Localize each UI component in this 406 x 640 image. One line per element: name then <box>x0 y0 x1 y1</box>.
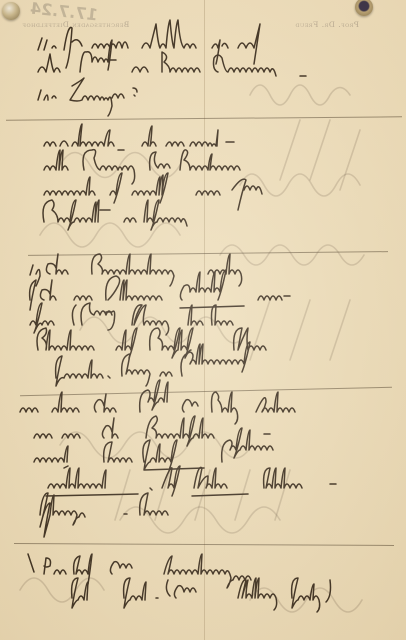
section-p19-l10: pflanzen u. Thiere <box>30 500 394 520</box>
section-p19-l6: zu dieser dem Apfel der baby. Mythus <box>30 397 394 417</box>
text-line: vorworte ich wirklich von Ihnen <box>30 180 312 200</box>
section-p19-l4: Christentum auch teuflisch Thier <box>30 335 394 355</box>
section-p19-l7: war nur der Granatapfel ge- <box>30 423 394 443</box>
text-line: unbekannt. Vgl. Hahn Kultur- <box>30 473 290 493</box>
margin-ref: p.19 <box>30 260 69 280</box>
section-p11: p.11. Ja manche Darstellungen ich auch <box>30 32 394 52</box>
text-line: ist die im Altertum göttlich ver- <box>30 285 309 305</box>
text-line: fasst sind. (Das Miteinander fähig) <box>30 583 336 603</box>
margin-ref: p.11. <box>30 32 74 52</box>
section-p11-line2: die Briefe an Kronos Kulmanning. <box>30 57 394 77</box>
text-line: die dringliche als eine wert- <box>30 130 278 150</box>
manuscript-page: 17.7.24 Berchtesgaden Dietfeldhof Prof. … <box>0 0 406 640</box>
text-line: volle Ergänzung der Lexikon- <box>30 155 290 175</box>
section-p29: p.29 durch die Erinnerungen er- <box>30 558 394 578</box>
section-body-1: die dringliche als eine wert- <box>30 130 394 150</box>
text-line: zu dieser dem Apfel der baby. Mythus <box>30 397 363 417</box>
section-p19-l8: meint. Dieser heutige Apfel damals <box>30 447 394 467</box>
section-p12: p.12 Zweigen? <box>30 85 394 105</box>
margin-ref: p.29 <box>30 558 69 578</box>
text-line: Ja manche Darstellungen ich auch <box>79 32 381 52</box>
text-line: durch die Erinnerungen er- <box>74 558 316 578</box>
section-body-3: vorworte ich wirklich von Ihnen <box>30 180 394 200</box>
section-p19: p.19 Der Lebensdrang analog <box>30 260 394 280</box>
section-p19-l9: unbekannt. Vgl. Hahn Kultur- <box>30 473 394 493</box>
text-line: geworden. Ganz ein Parallelvorgang <box>30 361 351 381</box>
section-p19-l2: ist die im Altertum göttlich ver- <box>30 285 394 305</box>
text-line: meint. Dieser heutige Apfel damals <box>30 447 341 467</box>
text-line: pflanzen u. Thiere <box>30 500 190 520</box>
section-p19-l3: ehrte (Feuer-) Schlange bei dem <box>30 310 394 330</box>
text-line: ehrte (Feuer-) Schlange bei dem <box>30 310 316 330</box>
text-line: Zweigen? <box>74 85 158 105</box>
text-line: Der Lebensdrang analog <box>74 260 292 280</box>
text-line: war nur der Granatapfel ge- <box>30 423 278 443</box>
section-p29-l2: fasst sind. (Das Miteinander fähig) <box>30 583 394 603</box>
text-line: Christentum auch teuflisch Thier <box>30 335 322 355</box>
section-body-4: verfasst zu lesen <box>30 205 394 225</box>
section-p19-l5: geworden. Ganz ein Parallelvorgang <box>30 361 394 381</box>
text-line: verfasst zu lesen <box>30 205 178 225</box>
text-line: die Briefe an Kronos Kulmanning. <box>30 57 328 77</box>
section-body-2: volle Ergänzung der Lexikon- <box>30 155 394 175</box>
margin-ref: p.12 <box>30 85 69 105</box>
